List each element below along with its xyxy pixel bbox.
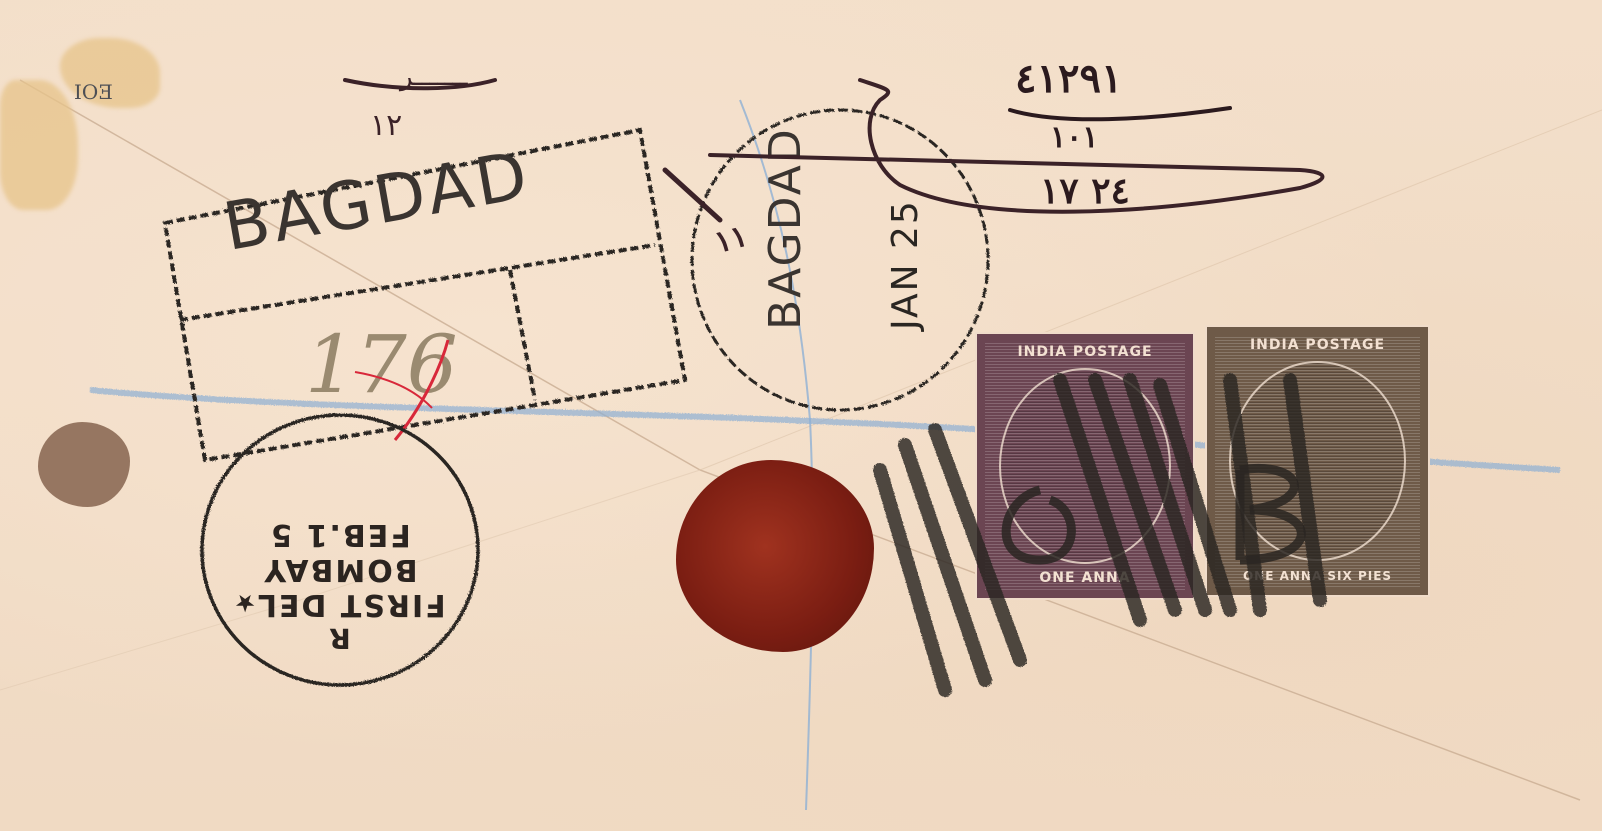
envelope-back: EOI BAGDAD BAGDAD JAN 25 ـــــــر ١٢ ٤١٢… [0,0,1602,831]
barred-b-cancellation [0,0,1602,831]
